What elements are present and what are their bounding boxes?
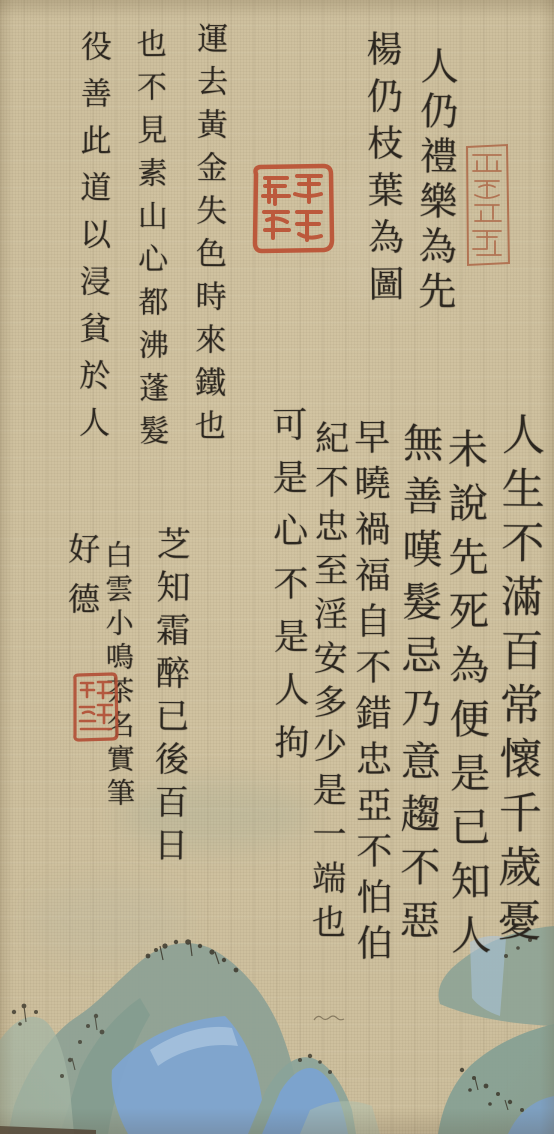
- main-column-2: 未說先死為便是已知人: [444, 428, 488, 968]
- main-column-6: 可是心不是人拘: [269, 406, 307, 777]
- upper-left-column-1: 運去黃金失色時來鐵也: [190, 22, 224, 452]
- faint-scribble-mark: [314, 1016, 344, 1020]
- square-seal-upper: [249, 162, 336, 255]
- upper-left-column-3: 役善此道以浸貧於人: [75, 30, 108, 453]
- title-column-1: 人仍禮樂為先: [415, 46, 456, 316]
- scroll-artwork: 人仍禮樂為先 楊仍枝葉為圖 運去黃金失色時來鐵也 也不見素山心都沸蓬髮 役善此道…: [0, 0, 554, 1134]
- signature-column-3: 好德: [66, 532, 99, 632]
- tall-seal: [461, 141, 513, 269]
- main-column-1: 人生不滿百常懷千歲憂: [494, 412, 542, 952]
- main-column-5: 紀不忠至淫安多少是一端也: [308, 420, 346, 948]
- signature-column-1: 芝知霜醉已後百日: [150, 526, 187, 870]
- title-column-2: 楊仍枝葉為圖: [363, 30, 401, 312]
- upper-left-column-2: 也不見素山心都沸蓬髮: [132, 28, 165, 458]
- main-column-4: 早曉禍福自不錯忠亞不怕伯: [351, 418, 390, 970]
- main-column-3: 無善嘆髮忌乃意趨不惡: [396, 422, 440, 952]
- square-seal-lower: [70, 671, 120, 743]
